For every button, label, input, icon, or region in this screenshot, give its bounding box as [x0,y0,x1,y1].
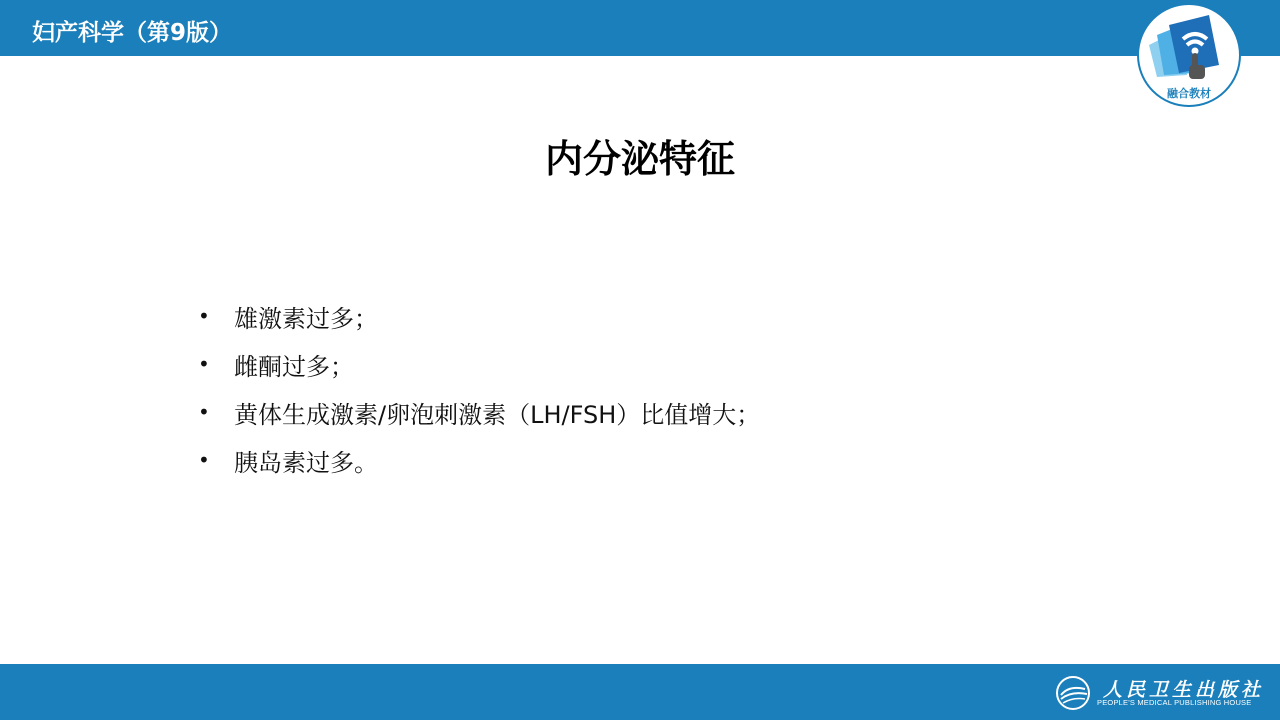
bullet-icon: • [198,400,234,424]
publisher-name-en: PEOPLE'S MEDICAL PUBLISHING HOUSE [1097,698,1251,707]
book-title: 妇产科学（第9版） [32,14,232,47]
fusion-textbook-badge: 融合教材 [1137,3,1241,107]
list-item: • 雌酮过多； [198,340,760,388]
bullet-list: • 雄激素过多； • 雌酮过多； • 黄体生成激素/卵泡刺激素（LH/FSH）比… [198,292,760,484]
bullet-icon: • [198,352,234,376]
publisher-logo: 人民卫生出版社 PEOPLE'S MEDICAL PUBLISHING HOUS… [1055,675,1270,711]
header-bar: 妇产科学（第9版） [0,0,1280,56]
list-item: • 雄激素过多； [198,292,760,340]
bullet-icon: • [198,448,234,472]
bullet-icon: • [198,304,234,328]
bullet-text: 黄体生成激素/卵泡刺激素（LH/FSH）比值增大； [234,395,760,430]
slide-title: 内分泌特征 [0,128,1280,183]
list-item: • 胰岛素过多。 [198,436,760,484]
wifi-touch-icon: 融合教材 [1139,5,1239,105]
bullet-text: 雌酮过多； [234,347,354,382]
badge-label: 融合教材 [1167,86,1211,100]
list-item: • 黄体生成激素/卵泡刺激素（LH/FSH）比值增大； [198,388,760,436]
publisher-emblem-icon [1055,675,1093,711]
bullet-text: 雄激素过多； [234,299,378,334]
bullet-text: 胰岛素过多。 [234,443,378,478]
